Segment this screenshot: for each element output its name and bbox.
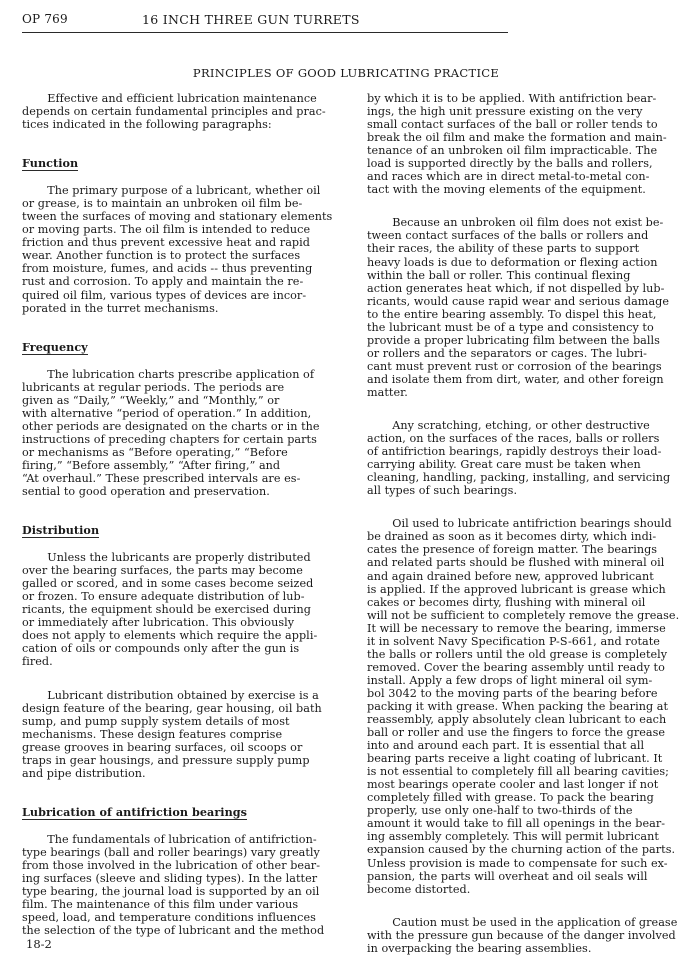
- document-title: 16 INCH THREE GUN TURRETS: [142, 12, 360, 27]
- section-heading-function: Function: [22, 157, 78, 171]
- right-paragraph-4: Oil used to lubricate antifriction beari…: [367, 517, 685, 895]
- right-column: by which it is to be applied. With antif…: [367, 92, 685, 955]
- section-heading-frequency: Frequency: [22, 341, 88, 355]
- intro-paragraph: Effective and efficient lubrication main…: [22, 92, 340, 131]
- distribution-paragraph-1: Unless the lubricants are properly distr…: [22, 551, 340, 668]
- distribution-paragraph-2: Lubricant distribution obtained by exerc…: [22, 689, 340, 780]
- right-paragraph-3: Any scratching, etching, or other destru…: [367, 419, 685, 497]
- section-heading-antifriction-bearings: Lubrication of antifriction bearings: [22, 806, 247, 820]
- frequency-paragraph: The lubrication charts prescribe applica…: [22, 368, 340, 498]
- section-heading-distribution: Distribution: [22, 524, 99, 538]
- right-paragraph-2: Because an unbroken oil film does not ex…: [367, 216, 685, 399]
- left-column: Effective and efficient lubrication main…: [22, 92, 340, 937]
- document-number: OP 769: [22, 12, 68, 26]
- function-paragraph: The primary purpose of a lubricant, whet…: [22, 184, 340, 314]
- right-paragraph-1: by which it is to be applied. With antif…: [367, 92, 685, 196]
- running-header: OP 769 16 INCH THREE GUN TURRETS: [22, 12, 508, 33]
- page-number: 18-2: [26, 937, 52, 951]
- antifriction-paragraph: The fundamentals of lubrication of antif…: [22, 833, 340, 937]
- right-paragraph-5: Caution must be used in the application …: [367, 916, 685, 955]
- page-title: PRINCIPLES OF GOOD LUBRICATING PRACTICE: [0, 66, 692, 80]
